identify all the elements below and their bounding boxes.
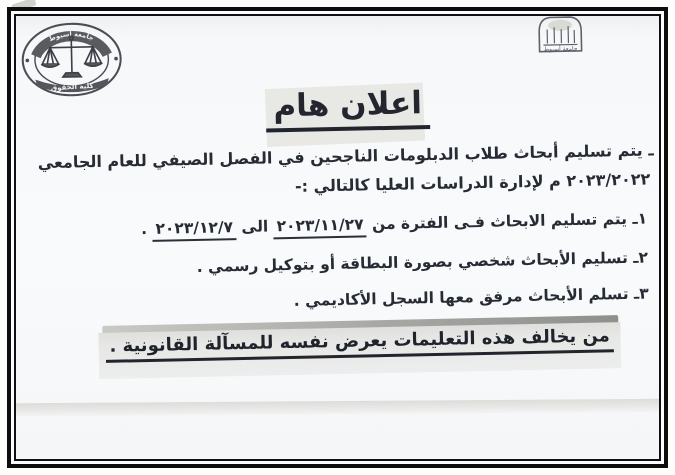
faculty-seal: جامعة أسيوط كلية الحقوق xyxy=(20,20,124,98)
seal-bottom-ribbon-text: كلية الحقوق xyxy=(50,81,94,92)
document-outer-frame: جامعة أسيوط كلية الحقوق xyxy=(7,7,668,468)
stamp-label: جامعة أسيوط xyxy=(544,44,578,53)
document-inner-frame: جامعة أسيوط كلية الحقوق xyxy=(14,14,661,461)
seal-right-dot xyxy=(114,57,118,61)
title-container: اعلان هام xyxy=(257,86,438,133)
scanned-announcement-page: { "colors": { "ink": "#272b34", "frame":… xyxy=(0,0,675,475)
university-stamp: جامعة أسيوط xyxy=(534,14,587,55)
item1-suffix: . xyxy=(141,220,153,238)
notice-title: اعلان هام xyxy=(265,86,430,133)
document-content: جامعة أسيوط كلية الحقوق xyxy=(14,14,661,461)
seal-left-dot xyxy=(25,59,29,63)
submission-start-date: ٢٠٢٣/١١/٢٧ xyxy=(273,215,366,239)
notice-item-3: ٣ـ تسلم الأبحاث مرفق معها السجل الأكاديم… xyxy=(294,285,649,310)
submission-end-date: ٢٠٢٣/١٢/٧ xyxy=(152,218,236,242)
item1-connector: الى xyxy=(236,217,274,236)
notice-intro-line1: ـ يتم تسليم أبحاث طلاب الدبلومات الناجحي… xyxy=(38,140,654,172)
notice-intro-line2: ٢٠٢٣/٢٠٢٢ م لإدارة الدراسات العليا كالتا… xyxy=(295,169,651,195)
notice-item-1: ١ـ يتم تسليم الابحاث فـى الفترة من ٢٠٢٣/… xyxy=(141,210,647,239)
notice-item-2: ٢ـ تسليم الأبحاث شخصي بصورة البطاقة أو ب… xyxy=(197,249,649,276)
item1-text: ١ـ يتم تسليم الابحاث فـى الفترة من xyxy=(366,210,647,234)
